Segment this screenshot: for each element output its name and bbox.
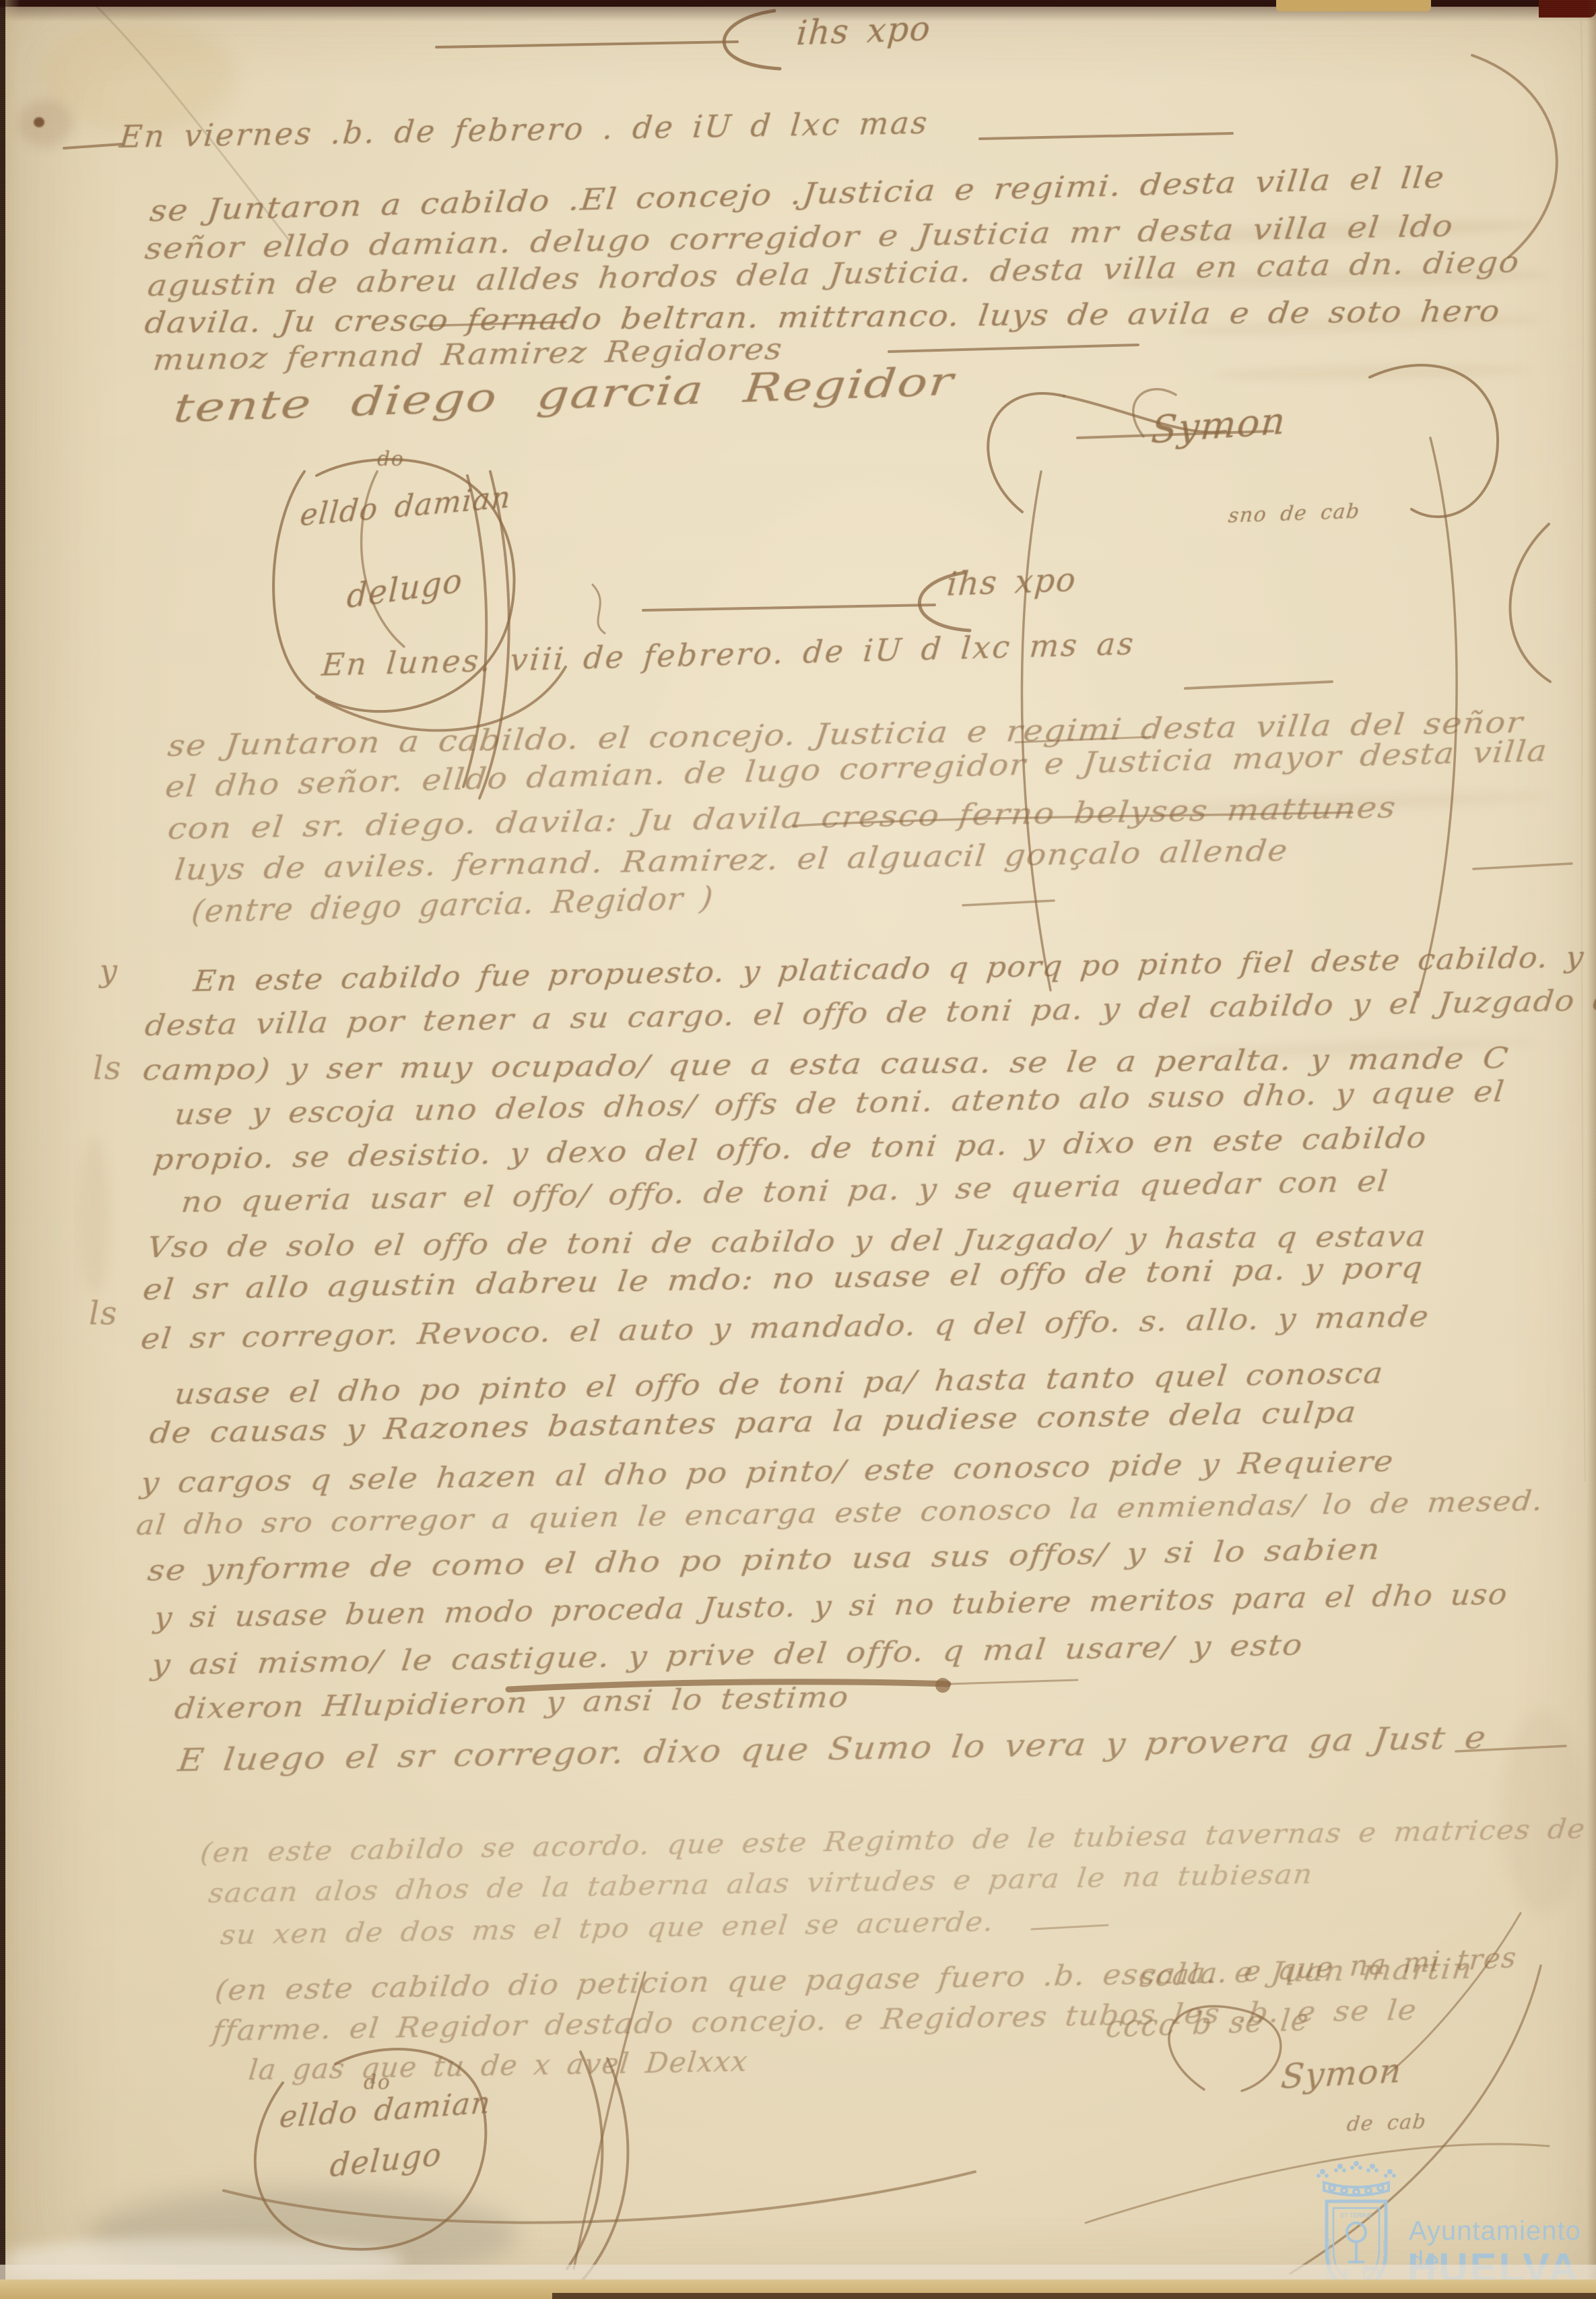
ink-dot-stain — [34, 117, 44, 127]
invocation-header-2: ihs xpo — [945, 561, 1077, 604]
accord1-line: su xen de dos ms el tpo que enel se acue… — [219, 1906, 995, 1951]
bleedthrough-ghost — [1212, 362, 1529, 383]
signature-lugo-top-superscript: do — [377, 447, 404, 471]
heavy-cancel-tail — [948, 1680, 1077, 1684]
decree-line: E luego el sr corregor. dixo que Sumo lo… — [176, 1719, 1488, 1778]
signature-simon-bottom-title: de cab — [1345, 2110, 1428, 2136]
trailing-dash — [1032, 1925, 1108, 1929]
signature-lugo-bottom-superscript: do — [364, 2071, 391, 2094]
page-edge-top-tan-sliver — [1276, 0, 1431, 11]
manuscript-page-scan: ihs xpo En viernes .b. de febrero . de i… — [0, 0, 1596, 2299]
tree-canopy — [1347, 2223, 1366, 2242]
trailing-dash — [1185, 682, 1332, 688]
signature-lugo-bottom-name: elldo damian — [278, 2085, 493, 2135]
body-line: el sr corregor. Revoco. el auto y mandad… — [139, 1300, 1431, 1356]
body-line: y si usase buen modo proceda Justo. y si… — [153, 1578, 1510, 1635]
trailing-dash — [889, 345, 1138, 352]
ink-dot-halo — [19, 100, 73, 147]
signature-simon-top-name: Symon — [1150, 399, 1287, 452]
margin-mark: ls — [93, 1049, 122, 1087]
page-edge-right-shadow — [1587, 0, 1596, 2299]
accord1-line: sacan alos dhos de la taberna alas virtu… — [207, 1858, 1315, 1909]
signature-simon-top-title: sno de cab — [1227, 499, 1361, 527]
date-line-2: En lunes. viii de febrero. de iU d lxc m… — [321, 625, 1137, 683]
right-fragment: cccc b se le — [1104, 2003, 1312, 2044]
page-edge-bottom-pale-band — [0, 2265, 1596, 2281]
accord2-line: la gas que tu de x avel Delxxx — [247, 2044, 750, 2086]
accord1-line: (en este cabildo se acordo. que este Reg… — [199, 1813, 1587, 1869]
signature-simon-bottom-name: Symon — [1279, 2051, 1404, 2097]
fold-crease — [1581, 20, 1585, 1482]
margin-mark: y — [100, 952, 119, 989]
body-line: y asi mismo/ le castigue. y prive del of… — [150, 1628, 1305, 1682]
body-line: dixeron Hlupidieron y ansi lo testimo — [173, 1681, 851, 1726]
stain-top-left — [40, 19, 236, 133]
trailing-dash — [1473, 864, 1572, 869]
signature-lugo-top-name: elldo damian — [298, 480, 512, 533]
margin-mark: ls — [89, 1295, 118, 1332]
trailing-dash — [963, 901, 1054, 905]
top-right-flourish — [1472, 55, 1557, 257]
bleedthrough-ghost — [79, 1138, 109, 1293]
page-edge-left — [0, 0, 5, 2299]
header2-rule-stroke — [643, 605, 935, 610]
header2-tick — [593, 585, 605, 633]
bleedthrough-ghost — [1502, 1711, 1583, 1913]
header1-rule-stroke — [436, 42, 737, 47]
crown-trefoils — [1317, 2161, 1396, 2178]
signature-lugo-bottom-surname: delugo — [329, 2136, 443, 2184]
crest-motto-top: ET TERRÆ — [1340, 2212, 1372, 2219]
date-line-1: En viernes .b. de febrero . de iU d lxc … — [118, 104, 931, 155]
body-line: se ynforme de como el dho po pinto usa s… — [146, 1532, 1383, 1588]
ink-blot — [935, 1678, 950, 1693]
signature-lugo-top-surname: delugo — [346, 562, 463, 616]
tree-trunk — [1348, 2242, 1364, 2262]
officer-line-2: (entre diego garcia. Regidor ) — [190, 880, 716, 930]
page-edge-left-highlight — [5, 0, 20, 2299]
page-edge-bottom-dark-line — [552, 2293, 1596, 2299]
trailing-dash — [980, 133, 1232, 139]
margin-dash — [64, 144, 121, 148]
paraph-simon-top — [988, 365, 1550, 997]
session1-line: davila. Ju cresco fernado beltran. mittr… — [143, 294, 1502, 340]
